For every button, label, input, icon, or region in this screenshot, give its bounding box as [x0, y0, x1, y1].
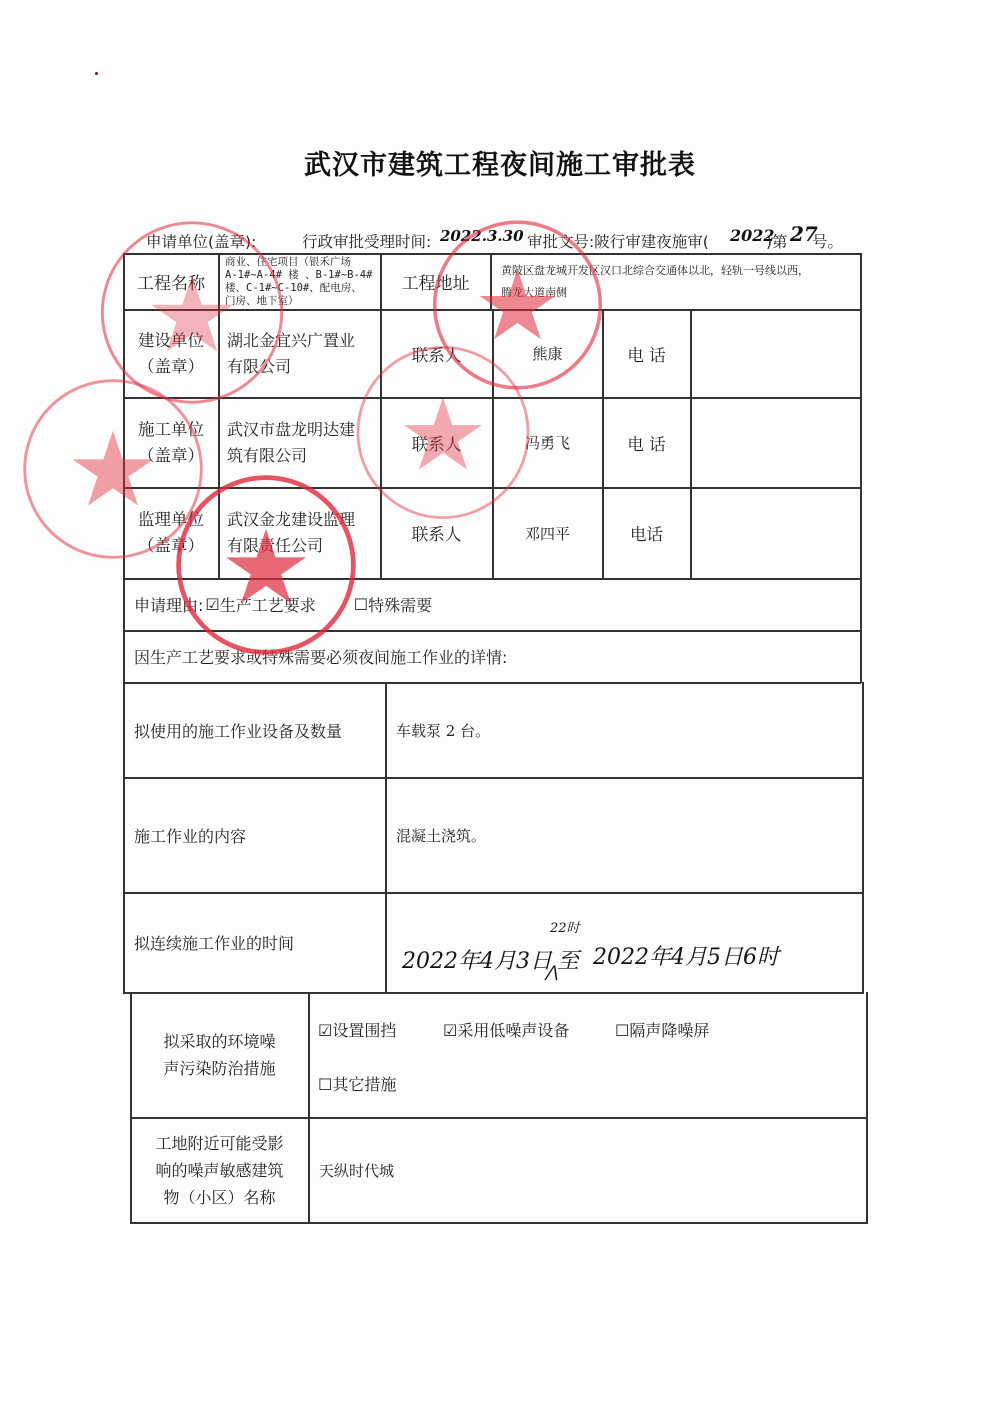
noise-option-sound-barrier[interactable]: ☐隔声降噪屏 — [615, 1018, 709, 1041]
contact-name: 邓四平 — [493, 488, 602, 578]
content-label: 施工作业的内容 — [124, 778, 385, 892]
accept-time-label: 行政审批受理时间: — [302, 230, 431, 252]
period-inserted-time: 22时 — [550, 917, 580, 936]
period-joiner: 至 — [557, 944, 579, 975]
phone-value — [691, 398, 860, 487]
page-title: 武汉市建筑工程夜间施工审批表 — [0, 143, 1000, 182]
reason-option-special: 特殊需要 — [368, 593, 432, 616]
party-company-construction-owner: 湖北金宜兴广置业 有限公司 — [219, 310, 380, 397]
scan-speck — [95, 72, 98, 75]
phone-value — [691, 488, 860, 578]
approval-no-suffix: 号。 — [812, 230, 843, 252]
contact-label: 联系人 — [381, 398, 492, 487]
party-company-contractor: 武汉市盘龙明达建 筑有限公司 — [219, 398, 380, 487]
checkbox-checked-icon[interactable]: ☑ — [205, 595, 219, 614]
contact-name: 冯勇飞 — [493, 398, 602, 487]
project-address-label: 工程地址 — [381, 254, 490, 309]
phone-value — [691, 310, 860, 397]
contact-label: 联系人 — [381, 488, 492, 578]
equipment-label: 拟使用的施工作业设备及数量 — [124, 683, 385, 777]
content-value: 混凝土浇筑。 — [386, 778, 862, 892]
period-start: 2022年4月3日 — [402, 944, 552, 975]
reason-row: 申请理由: ☑ 生产工艺要求 ☐ 特殊需要 — [124, 579, 860, 630]
party-role-contractor: 施工单位 （盖章） — [124, 398, 218, 487]
checkbox-empty-icon[interactable]: ☐ — [354, 595, 368, 614]
noise-option-low-noise-equipment[interactable]: ☑采用低噪声设备 — [443, 1018, 569, 1041]
party-company-supervisor: 武汉金龙建设监理 有限责任公司 — [219, 488, 380, 578]
insert-caret-icon: ⋀ — [545, 962, 558, 981]
phone-label: 电 话 — [603, 398, 690, 487]
noise-measures-label: 拟采取的环境噪 声污染防治措施 — [131, 993, 308, 1117]
equipment-value: 车载泵 2 台。 — [386, 683, 862, 777]
project-address-value: 黄陂区盘龙城开发区汉口北综合交通体以北，轻轨一号线以西， 腾龙大道南侧 — [493, 254, 859, 309]
party-role-construction-owner: 建设单位 （盖章） — [124, 310, 218, 397]
period-label: 拟连续施工作业的时间 — [124, 893, 385, 992]
approval-no-label: 审批文号:陂行审建夜施审( — [527, 230, 709, 252]
period-end: 2022年4月5日6时 — [593, 940, 779, 971]
reason-option-process: 生产工艺要求 — [220, 593, 316, 616]
contact-label: 联系人 — [381, 310, 492, 397]
noise-option-fence[interactable]: ☑设置围挡 — [318, 1018, 396, 1041]
approval-no-mid: )第 — [766, 230, 788, 252]
project-name-label: 工程名称 — [124, 254, 218, 309]
party-role-supervisor: 监理单位 （盖章） — [124, 488, 218, 578]
noise-option-other[interactable]: ☐其它措施 — [318, 1072, 396, 1095]
checkbox-checked-icon[interactable]: ☑ — [318, 1021, 332, 1040]
project-name-value: 商业、住宅项目（银禾广场 A-1#~A-4# 楼 、B-1#~B-4# 楼、C-… — [221, 255, 379, 309]
checkbox-checked-icon[interactable]: ☑ — [443, 1021, 457, 1040]
checkbox-empty-icon[interactable]: ☐ — [318, 1075, 332, 1094]
applicant-label: 申请单位(盖章): — [146, 230, 256, 252]
phone-label: 电话 — [603, 488, 690, 578]
sensitive-buildings-value: 天纵时代城 — [309, 1118, 866, 1222]
sensitive-buildings-label: 工地附近可能受影 响的噪声敏感建筑 物（小区）名称 — [131, 1118, 308, 1222]
details-label: 因生产工艺要求或特殊需要必须夜间施工作业的详情: — [124, 631, 860, 682]
contact-name: 熊康 — [493, 310, 602, 397]
reason-label: 申请理由: — [134, 593, 203, 616]
checkbox-empty-icon[interactable]: ☐ — [615, 1021, 629, 1040]
accept-time-value: 2022.3.30 — [440, 227, 524, 245]
phone-label: 电 话 — [603, 310, 690, 397]
